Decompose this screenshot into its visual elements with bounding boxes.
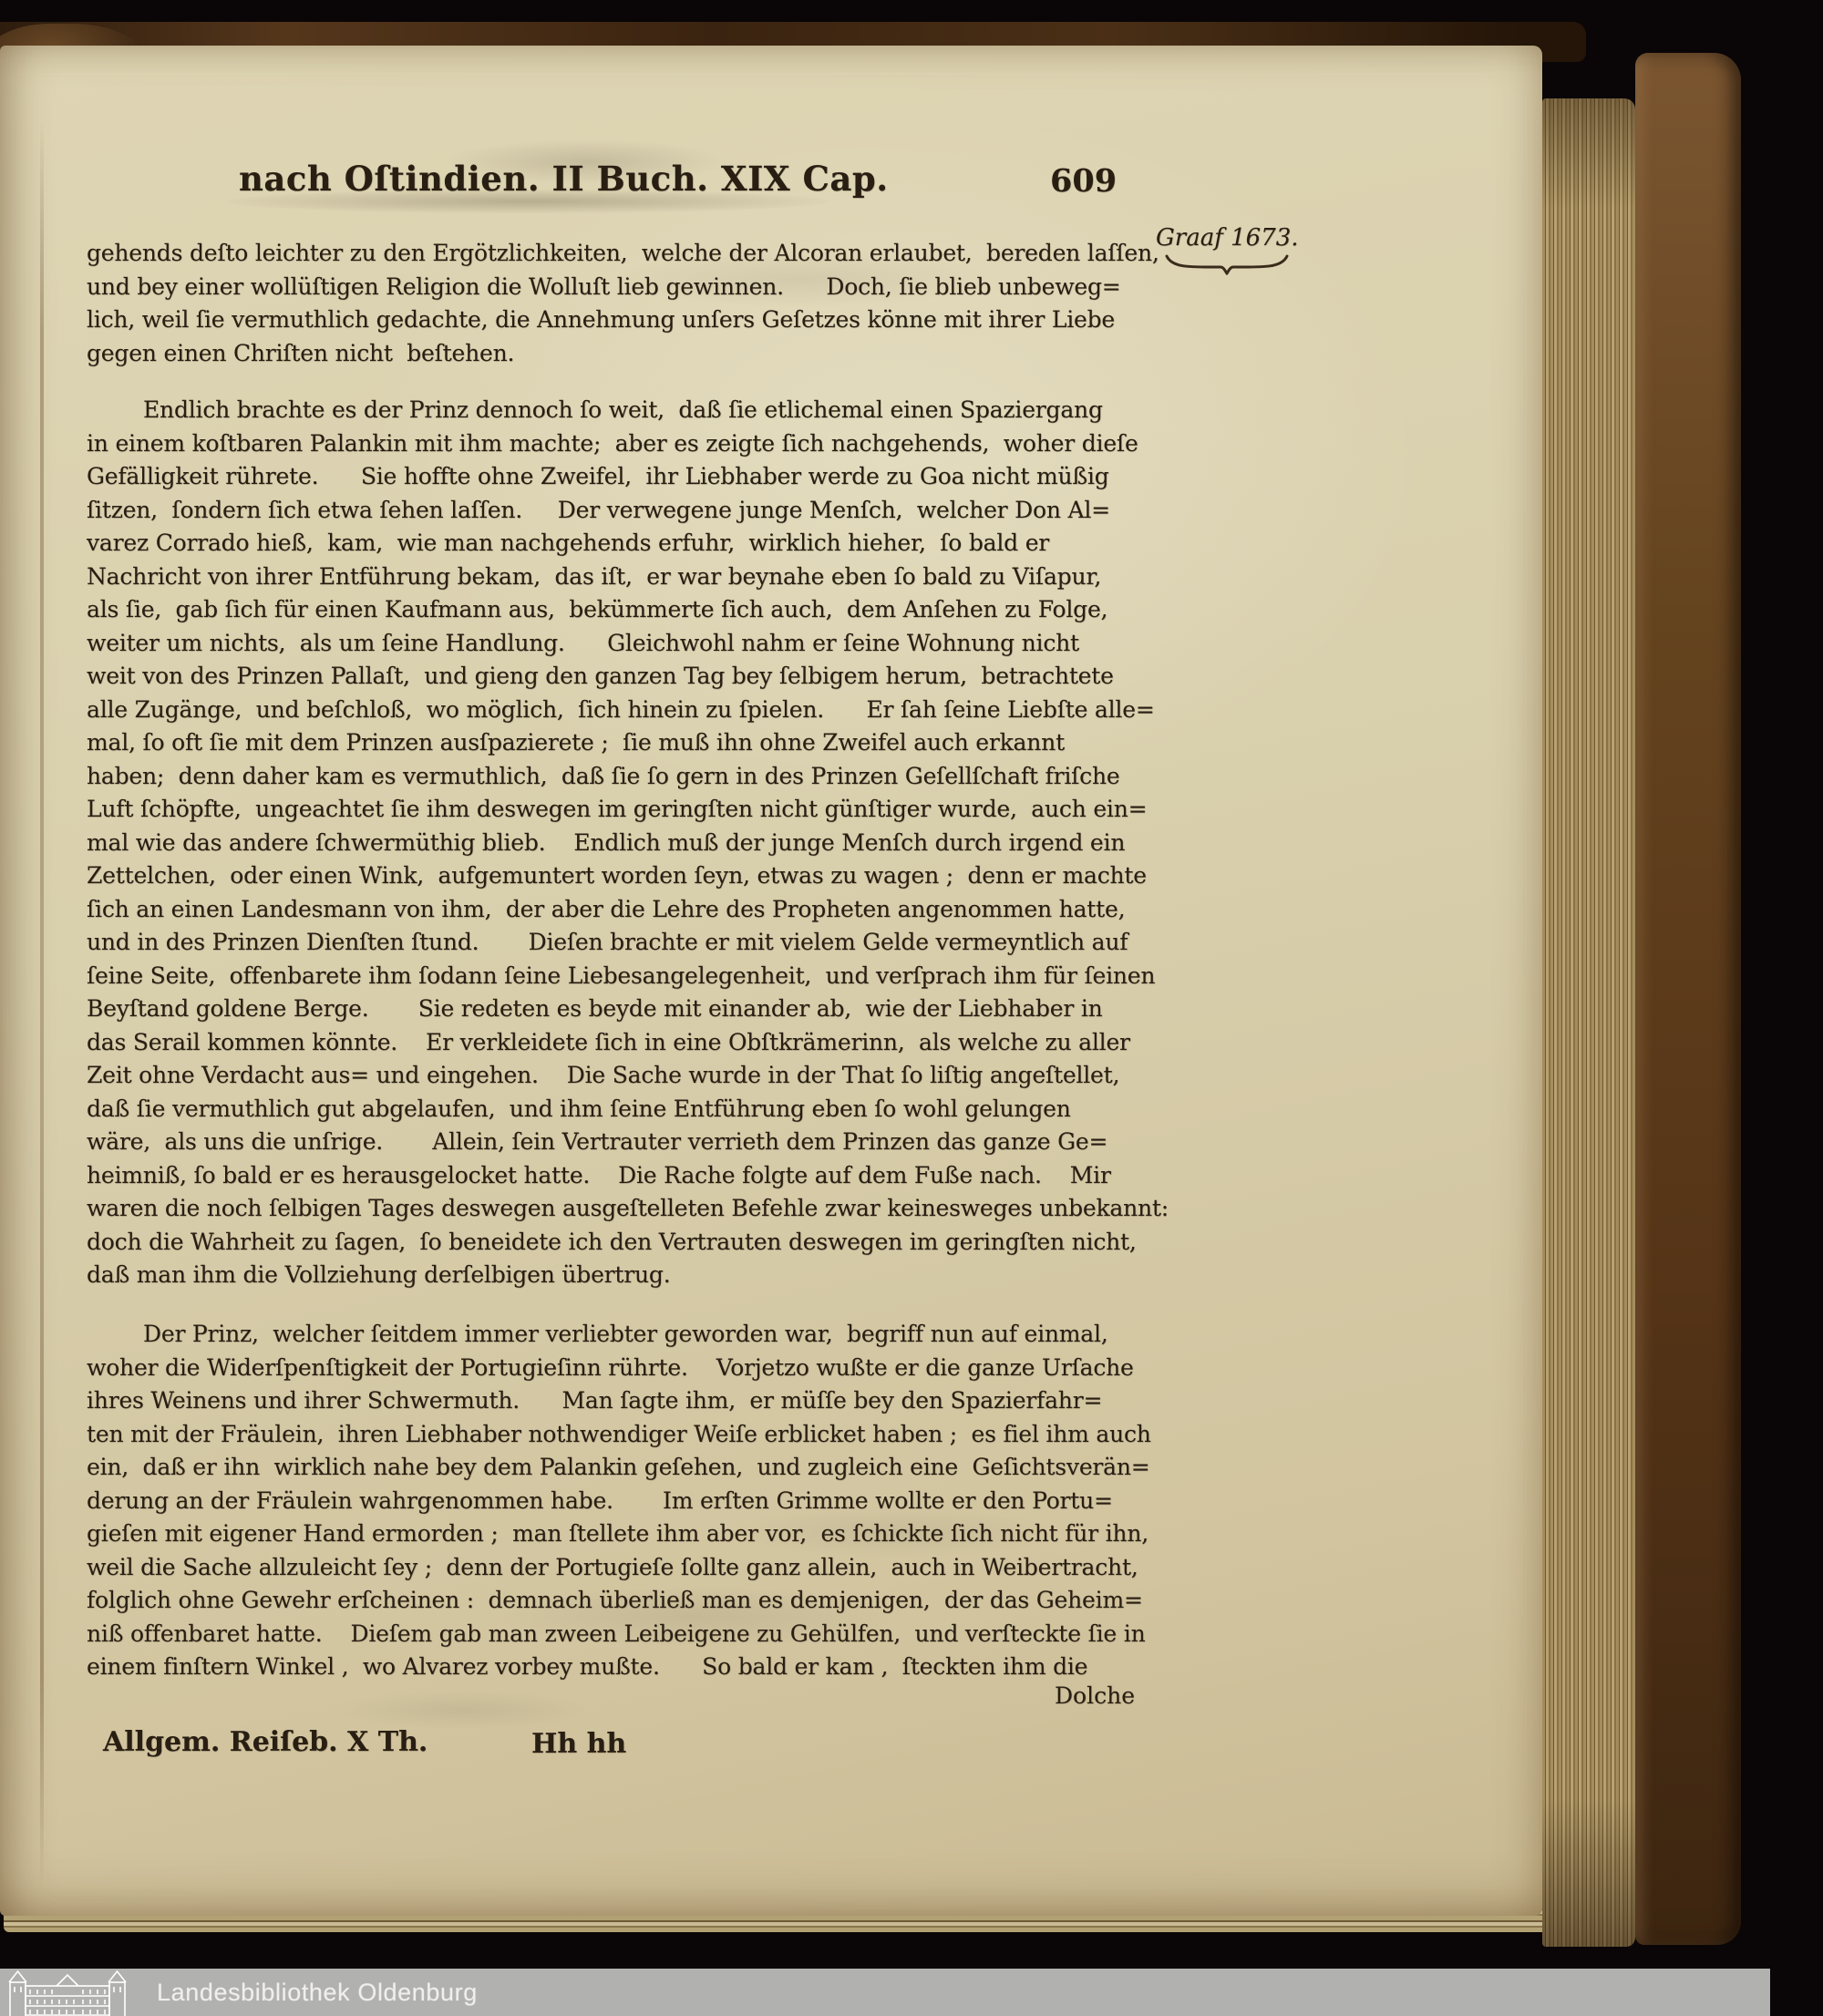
paragraph: Endlich brachte es der Prinz dennoch ſo …: [87, 394, 1228, 1292]
scanned-book-photo: nach Oſtindien. II Buch. XIX Cap. 609 Gr…: [0, 0, 1823, 2016]
library-banner: Landesbibliothek Oldenburg: [0, 1969, 1770, 2016]
paragraph-continuation: gehends deſto leichter zu den Ergötzlich…: [87, 237, 1228, 370]
book-fore-edge: [1542, 98, 1635, 1947]
page-gutter-fold: [40, 118, 44, 1887]
page-number: 609: [1050, 162, 1117, 200]
running-header: nach Oſtindien. II Buch. XIX Cap.: [239, 159, 889, 199]
printer-signature: Hh hh: [531, 1728, 626, 1760]
banner-label: Landesbibliothek Oldenburg: [157, 1979, 478, 2007]
paragraph: Der Prinz, welcher ſeitdem immer verlieb…: [87, 1318, 1228, 1684]
library-building-icon: [0, 1969, 137, 2016]
volume-signature: Allgem. Reiſeb. X Th.: [103, 1726, 427, 1758]
book-leather-cover-edge: [1635, 53, 1741, 1945]
book-page: nach Oſtindien. II Buch. XIX Cap. 609 Gr…: [0, 46, 1542, 1916]
catchword: Dolche: [87, 1682, 1135, 1709]
